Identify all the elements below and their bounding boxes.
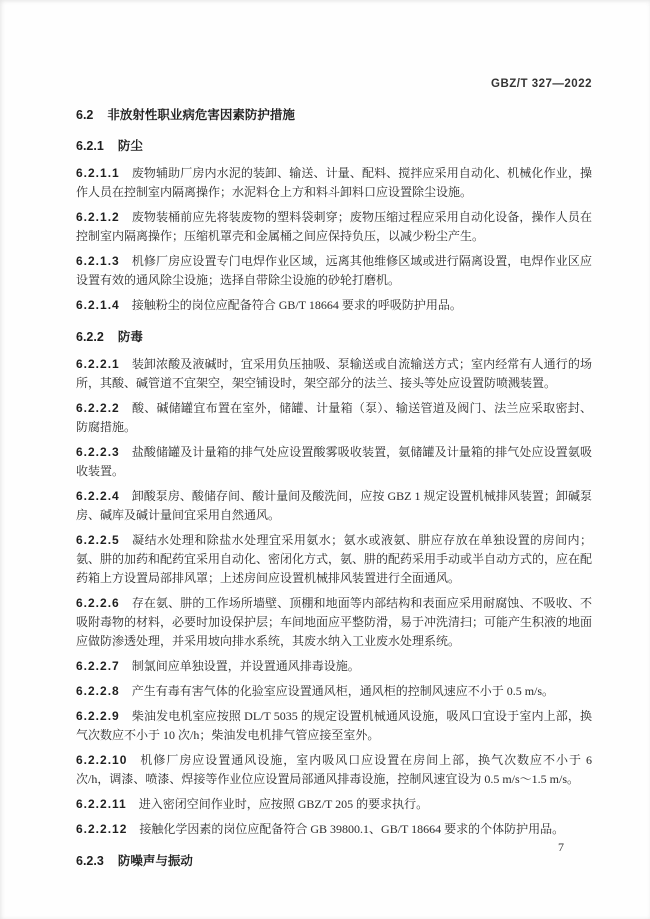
clause-paragraph: 6.2.2.1装卸浓酸及液碱时，宜采用负压抽吸、泵输送或自流输送方式；室内经常有…	[76, 355, 592, 393]
clause-text: 机修厂房应设置通风设施，室内吸风口应设置在房间上部，换气次数应不小于 6 次/h…	[76, 753, 592, 786]
clause-number: 6.2.2.4	[76, 489, 120, 503]
clause-text: 凝结水处理和除盐水处理宜采用氨水；氨水或液氨、肼应存放在单独设置的房间内；氨、肼…	[76, 533, 592, 585]
clause-number: 6.2.2.3	[76, 445, 120, 459]
standard-code-header: GBZ/T 327—2022	[76, 78, 592, 90]
section-title: 防噪声与振动	[118, 854, 193, 868]
clause-paragraph: 6.2.2.8产生有毒有害气体的化验室应设置通风柜，通风柜的控制风速应不小于 0…	[76, 682, 592, 701]
clause-number: 6.2.2.6	[76, 596, 120, 610]
clause-number: 6.2.1.3	[76, 254, 120, 268]
clause-paragraph: 6.2.2.10机修厂房应设置通风设施，室内吸风口应设置在房间上部，换气次数应不…	[76, 751, 592, 789]
section-heading: 6.2.1防尘	[76, 137, 592, 155]
clause-paragraph: 6.2.2.11进入密闭空间作业时，应按照 GBZ/T 205 的要求执行。	[76, 795, 592, 814]
section-title: 防尘	[118, 139, 143, 153]
clause-number: 6.2.2.12	[76, 822, 127, 836]
clause-number: 6.2	[76, 108, 93, 122]
section-title: 非放射性职业病危害因素防护措施	[107, 108, 295, 122]
clause-text: 存在氨、肼的工作场所墙壁、顶棚和地面等内部结构和表面应采用耐腐蚀、不吸收、不吸附…	[76, 596, 592, 648]
clause-text: 废物辅助厂房内水泥的装卸、输送、计量、配料、搅拌应采用自动化、机械化作业，操作人…	[76, 166, 592, 199]
clause-text: 机修厂房应设置专门电焊作业区域，远离其他维修区域或进行隔离设置，电焊作业区应设置…	[76, 254, 592, 287]
clause-number: 6.2.2.1	[76, 357, 120, 371]
clause-paragraph: 6.2.1.4接触粉尘的岗位应配备符合 GB/T 18664 要求的呼吸防护用品…	[76, 296, 592, 315]
page-number: 7	[558, 840, 564, 855]
clause-text: 盐酸储罐及计量箱的排气处应设置酸雾吸收装置，氨储罐及计量箱的排气处应设置氨吸收装…	[76, 445, 592, 478]
clause-number: 6.2.2.11	[76, 797, 127, 811]
clause-number: 6.2.1	[76, 139, 104, 153]
clause-paragraph: 6.2.1.2废物装桶前应先将装废物的塑料袋刺穿；废物压缩过程应采用自动化设备，…	[76, 208, 592, 246]
clause-number: 6.2.1.1	[76, 166, 120, 180]
clause-paragraph: 6.2.2.5凝结水处理和除盐水处理宜采用氨水；氨水或液氨、肼应存放在单独设置的…	[76, 531, 592, 588]
section-heading: 6.2.2防毒	[76, 328, 592, 346]
clause-text: 废物装桶前应先将装废物的塑料袋刺穿；废物压缩过程应采用自动化设备，操作人员在控制…	[76, 210, 592, 243]
clause-text: 卸酸泵房、酸储存间、酸计量间及酸洗间，应按 GBZ 1 规定设置机械排风装置；卸…	[76, 489, 592, 522]
clause-paragraph: 6.2.2.3盐酸储罐及计量箱的排气处应设置酸雾吸收装置，氨储罐及计量箱的排气处…	[76, 443, 592, 481]
clause-text: 装卸浓酸及液碱时，宜采用负压抽吸、泵输送或自流输送方式；室内经常有人通行的场所，…	[76, 357, 592, 390]
document-page: GBZ/T 327—2022 6.2非放射性职业病危害因素防护措施6.2.1防尘…	[0, 0, 650, 919]
clause-text: 进入密闭空间作业时，应按照 GBZ/T 205 的要求执行。	[139, 797, 428, 811]
clause-paragraph: 6.2.2.7制氯间应单独设置，并设置通风排毒设施。	[76, 657, 592, 676]
clause-number: 6.2.2.2	[76, 401, 120, 415]
clause-number: 6.2.2.8	[76, 684, 120, 698]
clause-paragraph: 6.2.2.12接触化学因素的岗位应配备符合 GB 39800.1、GB/T 1…	[76, 820, 592, 839]
section-title: 防毒	[118, 330, 143, 344]
clause-text: 产生有毒有害气体的化验室应设置通风柜，通风柜的控制风速应不小于 0.5 m/s。	[132, 684, 554, 698]
clause-text: 接触粉尘的岗位应配备符合 GB/T 18664 要求的呼吸防护用品。	[132, 298, 462, 312]
clause-paragraph: 6.2.2.4卸酸泵房、酸储存间、酸计量间及酸洗间，应按 GBZ 1 规定设置机…	[76, 487, 592, 525]
clause-paragraph: 6.2.2.2酸、碱储罐宜布置在室外，储罐、计量箱（泵）、输送管道及阀门、法兰应…	[76, 399, 592, 437]
clause-paragraph: 6.2.1.1废物辅助厂房内水泥的装卸、输送、计量、配料、搅拌应采用自动化、机械…	[76, 164, 592, 202]
clause-text: 酸、碱储罐宜布置在室外，储罐、计量箱（泵）、输送管道及阀门、法兰应采取密封、防腐…	[76, 401, 592, 434]
clause-number: 6.2.2.9	[76, 709, 120, 723]
clause-number: 6.2.2.7	[76, 659, 120, 673]
document-body: 6.2非放射性职业病危害因素防护措施6.2.1防尘6.2.1.1废物辅助厂房内水…	[76, 106, 592, 870]
clause-number: 6.2.1.4	[76, 298, 120, 312]
clause-number: 6.2.2	[76, 330, 104, 344]
clause-text: 接触化学因素的岗位应配备符合 GB 39800.1、GB/T 18664 要求的…	[139, 822, 564, 836]
clause-number: 6.2.1.2	[76, 210, 120, 224]
clause-number: 6.2.2.5	[76, 533, 120, 547]
clause-paragraph: 6.2.2.9柴油发电机室应按照 DL/T 5035 的规定设置机械通风设施，吸…	[76, 707, 592, 745]
clause-text: 制氯间应单独设置，并设置通风排毒设施。	[132, 659, 360, 673]
section-heading: 6.2非放射性职业病危害因素防护措施	[76, 106, 592, 124]
clause-paragraph: 6.2.2.6存在氨、肼的工作场所墙壁、顶棚和地面等内部结构和表面应采用耐腐蚀、…	[76, 594, 592, 651]
section-heading: 6.2.3防噪声与振动	[76, 852, 592, 870]
clause-number: 6.2.2.10	[76, 753, 127, 767]
clause-number: 6.2.3	[76, 854, 104, 868]
clause-paragraph: 6.2.1.3机修厂房应设置专门电焊作业区域，远离其他维修区域或进行隔离设置，电…	[76, 252, 592, 290]
clause-text: 柴油发电机室应按照 DL/T 5035 的规定设置机械通风设施，吸风口宜设于室内…	[76, 709, 592, 742]
